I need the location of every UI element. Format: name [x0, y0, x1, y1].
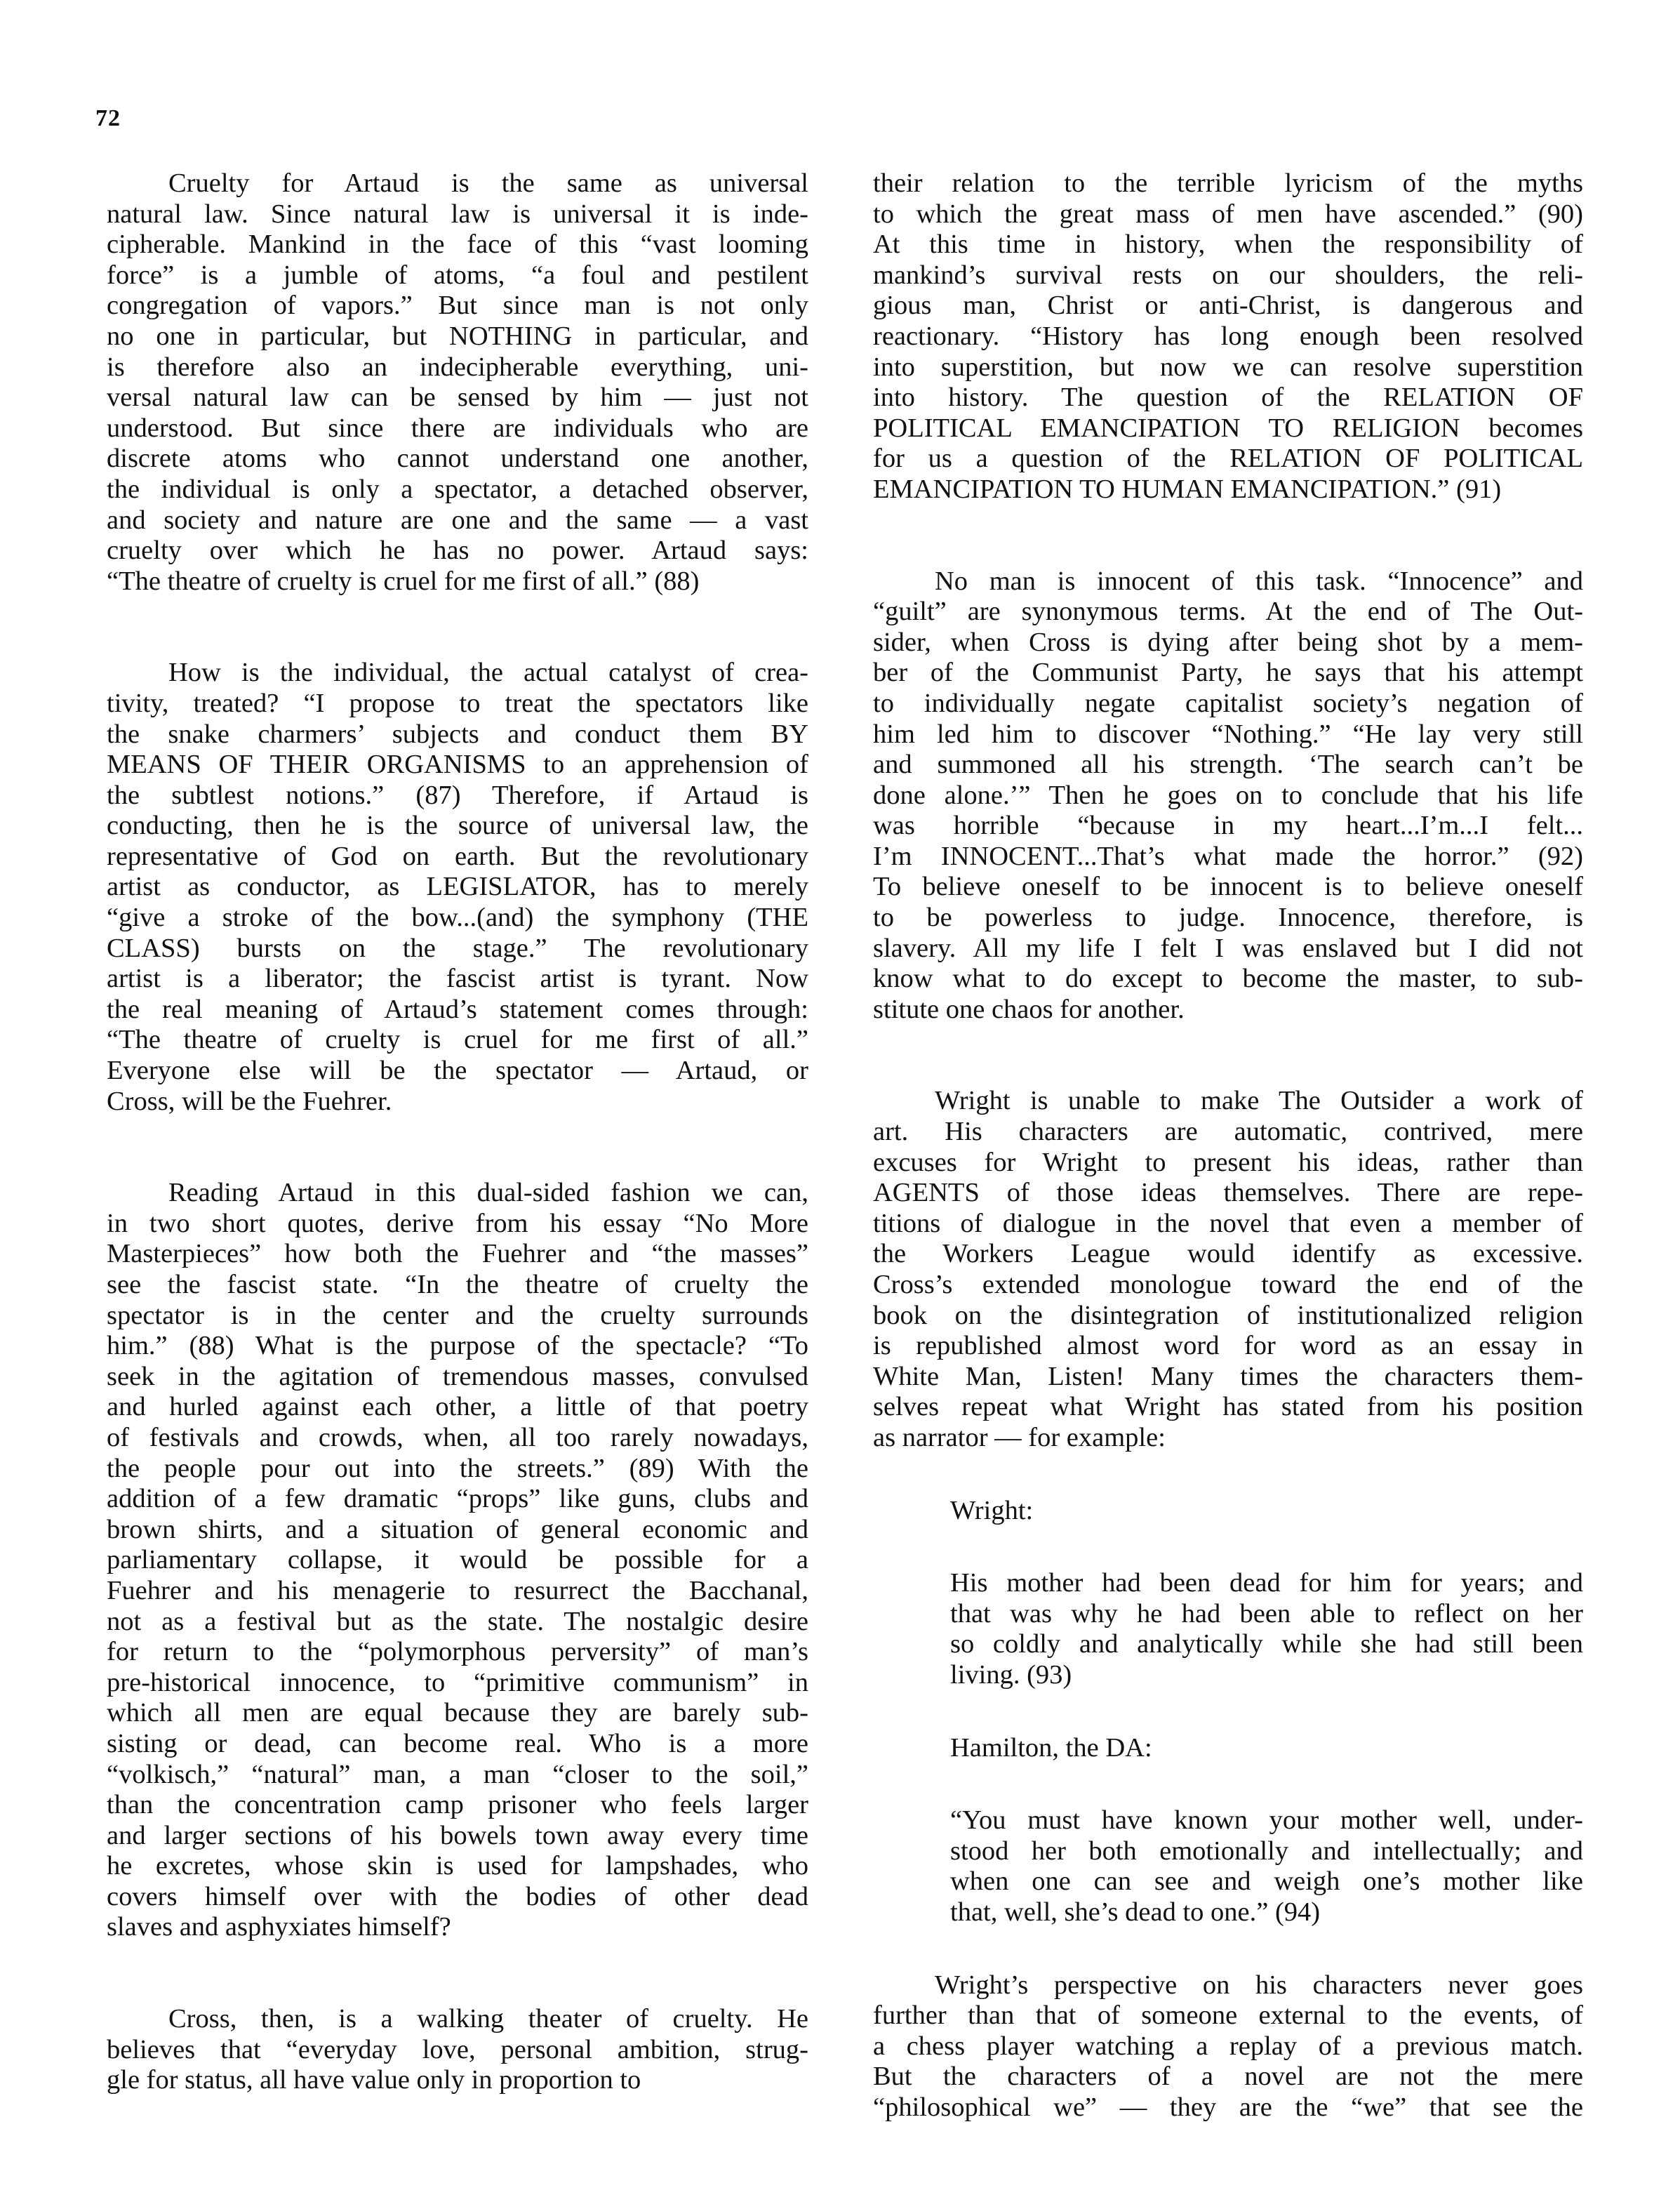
text-line: representative of God on earth. But the … [107, 842, 808, 873]
text-line: stood her both emotionally and intellect… [950, 1836, 1583, 1867]
text-line: “guilt” are synonymous terms. At the end… [873, 597, 1583, 628]
text-line: to which the great mass of men have asce… [873, 199, 1583, 230]
text-line: cruelty over which he has no power. Arta… [107, 536, 808, 566]
text-line: the subtlest notions.” (87) Therefore, i… [107, 781, 808, 811]
text-line: which all men are equal because they are… [107, 1698, 808, 1729]
text-line: At this time in history, when the respon… [873, 230, 1583, 260]
text-line: “philosophical we” — they are the “we” t… [873, 2092, 1583, 2123]
text-line: MEANS OF THEIR ORGANISMS to an apprehens… [107, 750, 808, 781]
text-line: Wright’s perspective on his characters n… [873, 1970, 1583, 2001]
text-line: him led him to discover “Nothing.” “He l… [873, 719, 1583, 750]
paragraph-gap [107, 1117, 808, 1178]
text-line: force” is a jumble of atoms, “a foul and… [107, 260, 808, 291]
text-line: brown shirts, and a situation of general… [107, 1515, 808, 1546]
text-line: POLITICAL EMANCIPATION TO RELIGION becom… [873, 413, 1583, 444]
text-line: sider, when Cross is dying after being s… [873, 628, 1583, 658]
right-column: their relation to the terrible lyricism … [873, 168, 1583, 2123]
text-line: the Workers League would identify as exc… [873, 1239, 1583, 1270]
text-line: of festivals and crowds, when, all too r… [107, 1423, 808, 1454]
paragraph-gap [873, 1526, 1583, 1568]
paragraph-gap [873, 1691, 1583, 1733]
text-line: is republished almost word for word as a… [873, 1331, 1583, 1362]
paragraph-gap [107, 597, 808, 658]
text-line: done alone.’” Then he goes on to conclud… [873, 781, 1583, 811]
text-line: that was why he had been able to reflect… [950, 1599, 1583, 1630]
text-line: artist is a liberator; the fascist artis… [107, 964, 808, 995]
text-line: as narrator — for example: [873, 1423, 1583, 1454]
text-line: “The theatre of cruelty is cruel for me … [107, 566, 808, 597]
text-line: conducting, then he is the source of uni… [107, 811, 808, 842]
text-line: slavery. All my life I felt I was enslav… [873, 934, 1583, 964]
text-line: no one in particular, but NOTHING in par… [107, 321, 808, 352]
paragraph-gap [107, 1943, 808, 2004]
text-line: Cross’s extended monologue toward the en… [873, 1270, 1583, 1301]
text-line: for us a question of the RELATION OF POL… [873, 444, 1583, 475]
text-line: Everyone else will be the spectator — Ar… [107, 1056, 808, 1087]
paragraph-lyricism-of-myths: their relation to the terrible lyricism … [873, 168, 1583, 505]
text-line: pre-historical innocence, to “primitive … [107, 1668, 808, 1699]
text-line: him.” (88) What is the purpose of the sp… [107, 1331, 808, 1362]
text-line: discrete atoms who cannot understand one… [107, 444, 808, 475]
text-line: gious man, Christ or anti-Christ, is dan… [873, 291, 1583, 321]
text-line: further than that of someone external to… [873, 2001, 1583, 2031]
text-line: for return to the “polymorphous perversi… [107, 1637, 808, 1668]
text-line: living. (93) [950, 1660, 1583, 1691]
text-line: see the fascist state. “In the theatre o… [107, 1270, 808, 1301]
text-line: cipherable. Mankind in the face of this … [107, 230, 808, 260]
text-line: titions of dialogue in the novel that ev… [873, 1209, 1583, 1240]
text-line: Reading Artaud in this dual-sided fashio… [107, 1178, 808, 1209]
text-line: than the concentration camp prisoner who… [107, 1790, 808, 1821]
text-line: To believe oneself to be innocent is to … [873, 872, 1583, 903]
text-line: White Man, Listen! Many times the charac… [873, 1362, 1583, 1393]
text-line: reactionary. “History has long enough be… [873, 321, 1583, 352]
text-line: not as a festival but as the state. The … [107, 1607, 808, 1638]
text-line: understood. But since there are individu… [107, 413, 808, 444]
text-line: sisting or dead, can become real. Who is… [107, 1729, 808, 1760]
text-line: art. His characters are automatic, contr… [873, 1117, 1583, 1148]
text-line: I’m INNOCENT...That’s what made the horr… [873, 842, 1583, 873]
text-line: into superstition, but now we can resolv… [873, 352, 1583, 383]
text-line: mankind’s survival rests on our shoulder… [873, 260, 1583, 291]
text-line: to be powerless to judge. Innocence, the… [873, 903, 1583, 934]
paragraph-cruelty-natural-law: Cruelty for Artaud is the same as univer… [107, 168, 808, 597]
text-line: a chess player watching a replay of a pr… [873, 2031, 1583, 2062]
text-line: he excretes, whose skin is used for lamp… [107, 1851, 808, 1882]
text-line: versal natural law can be sensed by him … [107, 383, 808, 413]
text-line: to individually negate capitalist societ… [873, 689, 1583, 719]
text-line: gle for status, all have value only in p… [107, 2065, 808, 2096]
text-line: EMANCIPATION TO HUMAN EMANCIPATION.” (91… [873, 475, 1583, 505]
text-line: selves repeat what Wright has stated fro… [873, 1392, 1583, 1423]
text-line: stitute one chaos for another. [873, 995, 1583, 1026]
text-line: the snake charmers’ subjects and conduct… [107, 719, 808, 750]
text-line: when one can see and weigh one’s mother … [950, 1866, 1583, 1897]
text-line: Cross, will be the Fuehrer. [107, 1087, 808, 1117]
text-line: natural law. Since natural law is univer… [107, 199, 808, 230]
text-line: “volkisch,” “natural” man, a man “closer… [107, 1760, 808, 1791]
text-line: “You must have known your mother well, u… [950, 1805, 1583, 1836]
text-line: tivity, treated? “I propose to treat the… [107, 689, 808, 719]
paragraph-no-man-innocent: No man is innocent of this task. “Innoce… [873, 566, 1583, 1026]
paragraph-outsider-not-art: Wright is unable to make The Outsider a … [873, 1086, 1583, 1453]
paragraph-cross-walking-theater: Cross, then, is a walking theater of cru… [107, 2004, 808, 2096]
page-number: 72 [95, 105, 121, 132]
text-line: “The theatre of cruelty is cruel for me … [107, 1025, 808, 1056]
text-line: Wright is unable to make The Outsider a … [873, 1086, 1583, 1117]
text-line: the people pour out into the streets.” (… [107, 1454, 808, 1485]
text-line: was horrible “because in my heart...I’m.… [873, 811, 1583, 842]
text-line: “give a stroke of the bow...(and) the sy… [107, 903, 808, 934]
paragraph-gap [873, 505, 1583, 566]
paragraph-gap [873, 1025, 1583, 1086]
text-line: parliamentary collapse, it would be poss… [107, 1545, 808, 1576]
text-line: congregation of vapors.” But since man i… [107, 291, 808, 321]
text-line: so coldly and analytically while she had… [950, 1629, 1583, 1660]
text-line: Fuehrer and his menagerie to resurrect t… [107, 1576, 808, 1607]
text-line: artist as conductor, as LEGISLATOR, has … [107, 872, 808, 903]
text-line: and summoned all his strength. ‘The sear… [873, 750, 1583, 781]
left-column: Cruelty for Artaud is the same as univer… [107, 168, 808, 2096]
quote-speaker-hamilton: Hamilton, the DA: [873, 1733, 1583, 1764]
paragraph-chess-player: Wright’s perspective on his characters n… [873, 1970, 1583, 2123]
text-line: seek in the agitation of tremendous mass… [107, 1362, 808, 1393]
text-line: book on the disintegration of institutio… [873, 1301, 1583, 1332]
text-line: and society and nature are one and the s… [107, 505, 808, 536]
text-line: covers himself over with the bodies of o… [107, 1882, 808, 1913]
text-line: excuses for Wright to present his ideas,… [873, 1148, 1583, 1179]
text-line: believes that “everyday love, personal a… [107, 2035, 808, 2066]
text-line: the individual is only a spectator, a de… [107, 475, 808, 505]
text-line: and larger sections of his bowels town a… [107, 1821, 808, 1852]
paragraph-gap [873, 1454, 1583, 1496]
paragraph-dual-sided-reading: Reading Artaud in this dual-sided fashio… [107, 1178, 808, 1943]
text-line: No man is innocent of this task. “Innoce… [873, 566, 1583, 597]
text-line: the real meaning of Artaud’s statement c… [107, 995, 808, 1026]
text-line: His mother had been dead for him for yea… [950, 1568, 1583, 1599]
text-line: AGENTS of those ideas themselves. There … [873, 1178, 1583, 1209]
text-line: into history. The question of the RELATI… [873, 383, 1583, 413]
text-line: Masterpieces” how both the Fuehrer and “… [107, 1239, 808, 1270]
text-line: Cross, then, is a walking theater of cru… [107, 2004, 808, 2035]
text-line: that, well, she’s dead to one.” (94) [950, 1897, 1583, 1928]
text-line: addition of a few dramatic “props” like … [107, 1484, 808, 1515]
blockquote-wright: His mother had been dead for him for yea… [873, 1568, 1583, 1690]
text-line: CLASS) bursts on the stage.” The revolut… [107, 934, 808, 964]
text-line: Cruelty for Artaud is the same as univer… [107, 168, 808, 199]
text-line: their relation to the terrible lyricism … [873, 168, 1583, 199]
paragraph-gap [873, 1928, 1583, 1970]
quote-speaker-wright: Wright: [873, 1496, 1583, 1527]
text-line: is therefore also an indecipherable ever… [107, 352, 808, 383]
text-line: ber of the Communist Party, he says that… [873, 658, 1583, 689]
text-line: know what to do except to become the mas… [873, 964, 1583, 995]
text-line: How is the individual, the actual cataly… [107, 658, 808, 689]
text-line: spectator is in the center and the cruel… [107, 1301, 808, 1332]
text-line: and hurled against each other, a little … [107, 1392, 808, 1423]
paragraph-gap [873, 1763, 1583, 1805]
text-line: But the characters of a novel are not th… [873, 2062, 1583, 2092]
text-line: in two short quotes, derive from his ess… [107, 1209, 808, 1240]
paragraph-individual-catalyst: How is the individual, the actual cataly… [107, 658, 808, 1117]
text-line: slaves and asphyxiates himself? [107, 1912, 808, 1943]
blockquote-hamilton: “You must have known your mother well, u… [873, 1805, 1583, 1928]
